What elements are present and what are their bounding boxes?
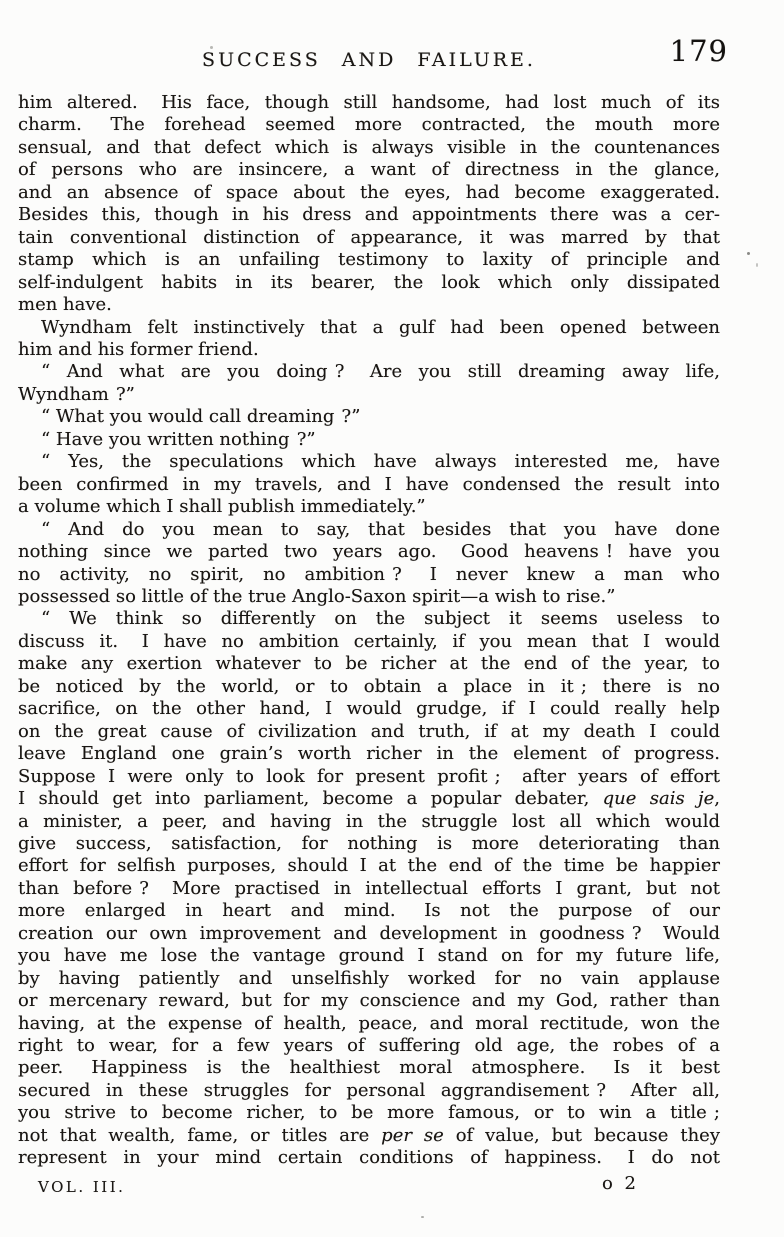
text-line: “ And what are you doing ? Are you still…: [18, 361, 720, 383]
text-line: not that wealth, fame, or titles are per…: [18, 1125, 720, 1147]
text-line: or mercenary reward, but for my conscien…: [18, 990, 720, 1012]
text-line: and an absence of space about the eyes, …: [18, 182, 720, 204]
text-line: stamp which is an unfailing testimony to…: [18, 249, 720, 271]
page-footer: VOL. III. o 2: [18, 1173, 720, 1199]
running-title: SUCCESS AND FAILURE.: [18, 49, 720, 71]
text-line: leave England one grain’s worth richer i…: [18, 743, 720, 765]
text-line: peer. Happiness is the healthiest moral …: [18, 1057, 720, 1079]
text-line: sacrifice, on the other hand, I would gr…: [18, 698, 720, 720]
text-line: Wyndham felt instinctively that a gulf h…: [18, 317, 720, 339]
text-line: you have me lose the vantage ground I st…: [18, 945, 720, 967]
text-line: more enlarged in heart and mind. Is not …: [18, 900, 720, 922]
text-line: “ Yes, the speculations which have alway…: [18, 451, 720, 473]
text-line: discuss it. I have no ambition certainly…: [18, 631, 720, 653]
page-header: SUCCESS AND FAILURE. 179: [18, 36, 720, 70]
text-line: no activity, no spirit, no ambition ? I …: [18, 564, 720, 586]
text-line: “ Have you written nothing ?”: [18, 429, 720, 451]
volume-label: VOL. III.: [38, 1178, 125, 1196]
text-line: on the great cause of civilization and t…: [18, 721, 720, 743]
text-line: a minister, a peer, and having in the st…: [18, 811, 720, 833]
text-line: I should get into parliament, become a p…: [18, 788, 720, 810]
signature-mark: o 2: [602, 1173, 639, 1194]
text-line: having, at the expense of health, peace,…: [18, 1013, 720, 1035]
text-line: “ And do you mean to say, that besides t…: [18, 519, 720, 541]
text-line: sensual, and that defect which is always…: [18, 137, 720, 159]
text-line: “ What you would call dreaming ?”: [18, 406, 720, 428]
scan-speck: [421, 1216, 424, 1218]
text-line: possessed so little of the true Anglo-Sa…: [18, 586, 720, 608]
text-line: nothing since we parted two years ago. G…: [18, 541, 720, 563]
text-line: than before ? More practised in intellec…: [18, 878, 720, 900]
text-line: self-indulgent habits in its bearer, the…: [18, 272, 720, 294]
text-line: him altered. His face, though still hand…: [18, 92, 720, 114]
scan-speck: [210, 46, 213, 49]
text-line: of persons who are insincere, a want of …: [18, 159, 720, 181]
text-line: make any exertion whatever to be richer …: [18, 653, 720, 675]
text-line: you strive to become richer, to be more …: [18, 1102, 720, 1124]
scan-speck: [756, 263, 758, 267]
text-line: “ We think so differently on the subject…: [18, 608, 720, 630]
scan-speck: [747, 252, 750, 255]
text-line: Wyndham ?”: [18, 384, 720, 406]
text-line: represent in your mind certain condition…: [18, 1147, 720, 1169]
text-line: tain conventional distinction of appeara…: [18, 227, 720, 249]
text-line: Suppose I were only to look for present …: [18, 766, 720, 788]
text-line: men have.: [18, 294, 720, 316]
page-text: him altered. His face, though still hand…: [18, 92, 720, 1170]
text-line: a volume which I shall publish immediate…: [18, 496, 720, 518]
text-line: creation our own improvement and develop…: [18, 923, 720, 945]
text-line: charm. The forehead seemed more contract…: [18, 114, 720, 136]
text-line: him and his former friend.: [18, 339, 720, 361]
book-page: SUCCESS AND FAILURE. 179 him altered. Hi…: [0, 0, 784, 1237]
text-line: be noticed by the world, or to obtain a …: [18, 676, 720, 698]
text-line: effort for selfish purposes, should I at…: [18, 855, 720, 877]
text-line: by having patiently and unselfishly work…: [18, 968, 720, 990]
page-number: 179: [670, 34, 728, 68]
text-line: been confirmed in my travels, and I have…: [18, 474, 720, 496]
text-line: secured in these struggles for personal …: [18, 1080, 720, 1102]
text-line: right to wear, for a few years of suffer…: [18, 1035, 720, 1057]
text-line: give success, satisfaction, for nothing …: [18, 833, 720, 855]
text-line: Besides this, though in his dress and ap…: [18, 204, 720, 226]
